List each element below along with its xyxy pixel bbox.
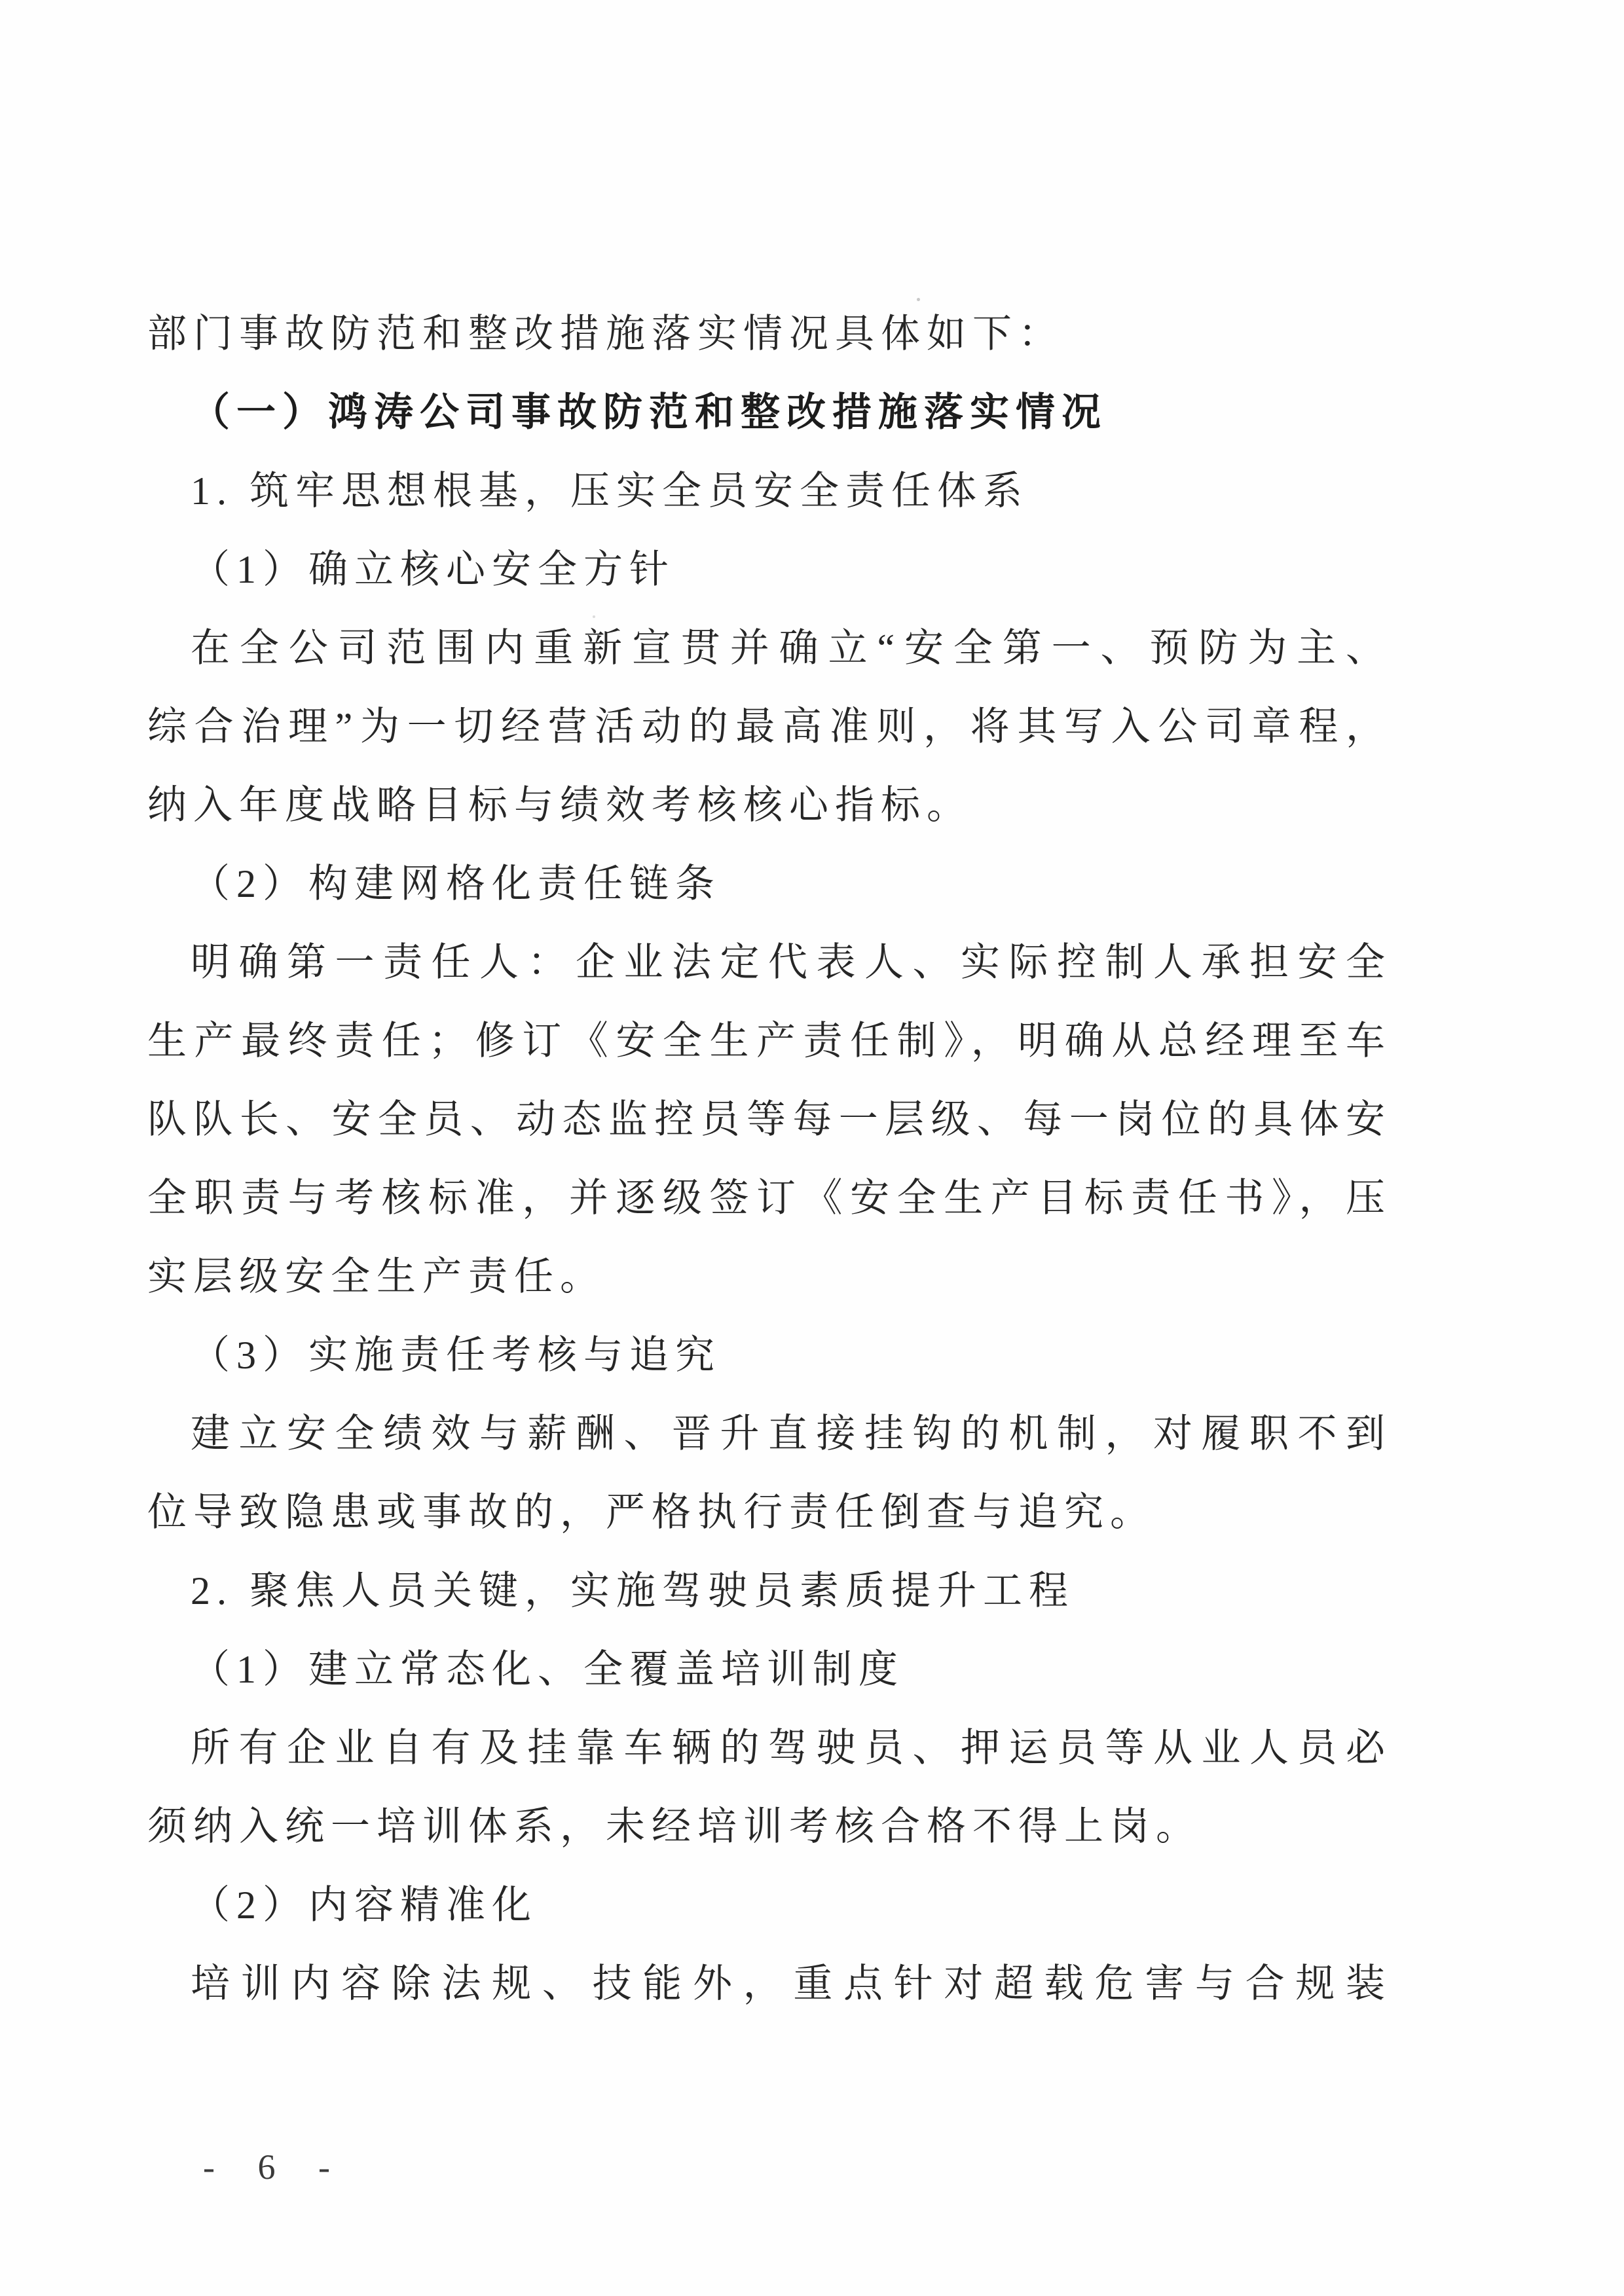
text-line: （2）构建网格化责任链条 <box>147 845 1392 923</box>
scan-speck <box>593 615 595 618</box>
text-line: （1）确立核心安全方针 <box>147 530 1392 609</box>
text-line: 2. 聚焦人员关键，实施驾驶员素质提升工程 <box>147 1552 1392 1630</box>
text-line: 建立安全绩效与薪酬、晋升直接挂钩的机制，对履职不到 <box>147 1394 1392 1473</box>
text-line: 培训内容除法规、技能外，重点针对超载危害与合规装 <box>147 1944 1392 2023</box>
text-line: 须纳入统一培训体系，未经培训考核合格不得上岗。 <box>147 1787 1392 1866</box>
text-line: 部门事故防范和整改措施落实情况具体如下： <box>147 295 1392 373</box>
text-line: （1）建立常态化、全覆盖培训制度 <box>147 1630 1392 1709</box>
text-line: 1. 筑牢思想根基，压实全员安全责任体系 <box>147 452 1392 530</box>
document-body: 部门事故防范和整改措施落实情况具体如下：（一）鸿涛公司事故防范和整改措施落实情况… <box>147 295 1392 2023</box>
scan-speck <box>917 298 920 301</box>
text-line: 纳入年度战略目标与绩效考核核心指标。 <box>147 766 1392 845</box>
text-line: （2）内容精准化 <box>147 1866 1392 1944</box>
text-line: 全职责与考核标准，并逐级签订《安全生产目标责任书》，压 <box>147 1159 1392 1237</box>
page-number: - 6 - <box>196 2141 354 2193</box>
text-line: 队队长、安全员、动态监控员等每一层级、每一岗位的具体安 <box>147 1080 1392 1159</box>
text-line: 综合治理”为一切经营活动的最高准则，将其写入公司章程， <box>147 687 1392 766</box>
text-line: 位导致隐患或事故的，严格执行责任倒查与追究。 <box>147 1473 1392 1552</box>
text-line: 在全公司范围内重新宣贯并确立“安全第一、预防为主、 <box>147 609 1392 687</box>
text-line: 明确第一责任人：企业法定代表人、实际控制人承担安全 <box>147 923 1392 1002</box>
text-line: （3）实施责任考核与追究 <box>147 1316 1392 1394</box>
text-line: 所有企业自有及挂靠车辆的驾驶员、押运员等从业人员必 <box>147 1709 1392 1787</box>
scan-speck <box>1063 1594 1066 1597</box>
section-heading: （一）鸿涛公司事故防范和整改措施落实情况 <box>147 373 1392 452</box>
text-line: 生产最终责任；修订《安全生产责任制》，明确从总经理至车 <box>147 1002 1392 1080</box>
document-page: 部门事故防范和整改措施落实情况具体如下：（一）鸿涛公司事故防范和整改措施落实情况… <box>0 0 1624 2296</box>
text-line: 实层级安全生产责任。 <box>147 1237 1392 1316</box>
